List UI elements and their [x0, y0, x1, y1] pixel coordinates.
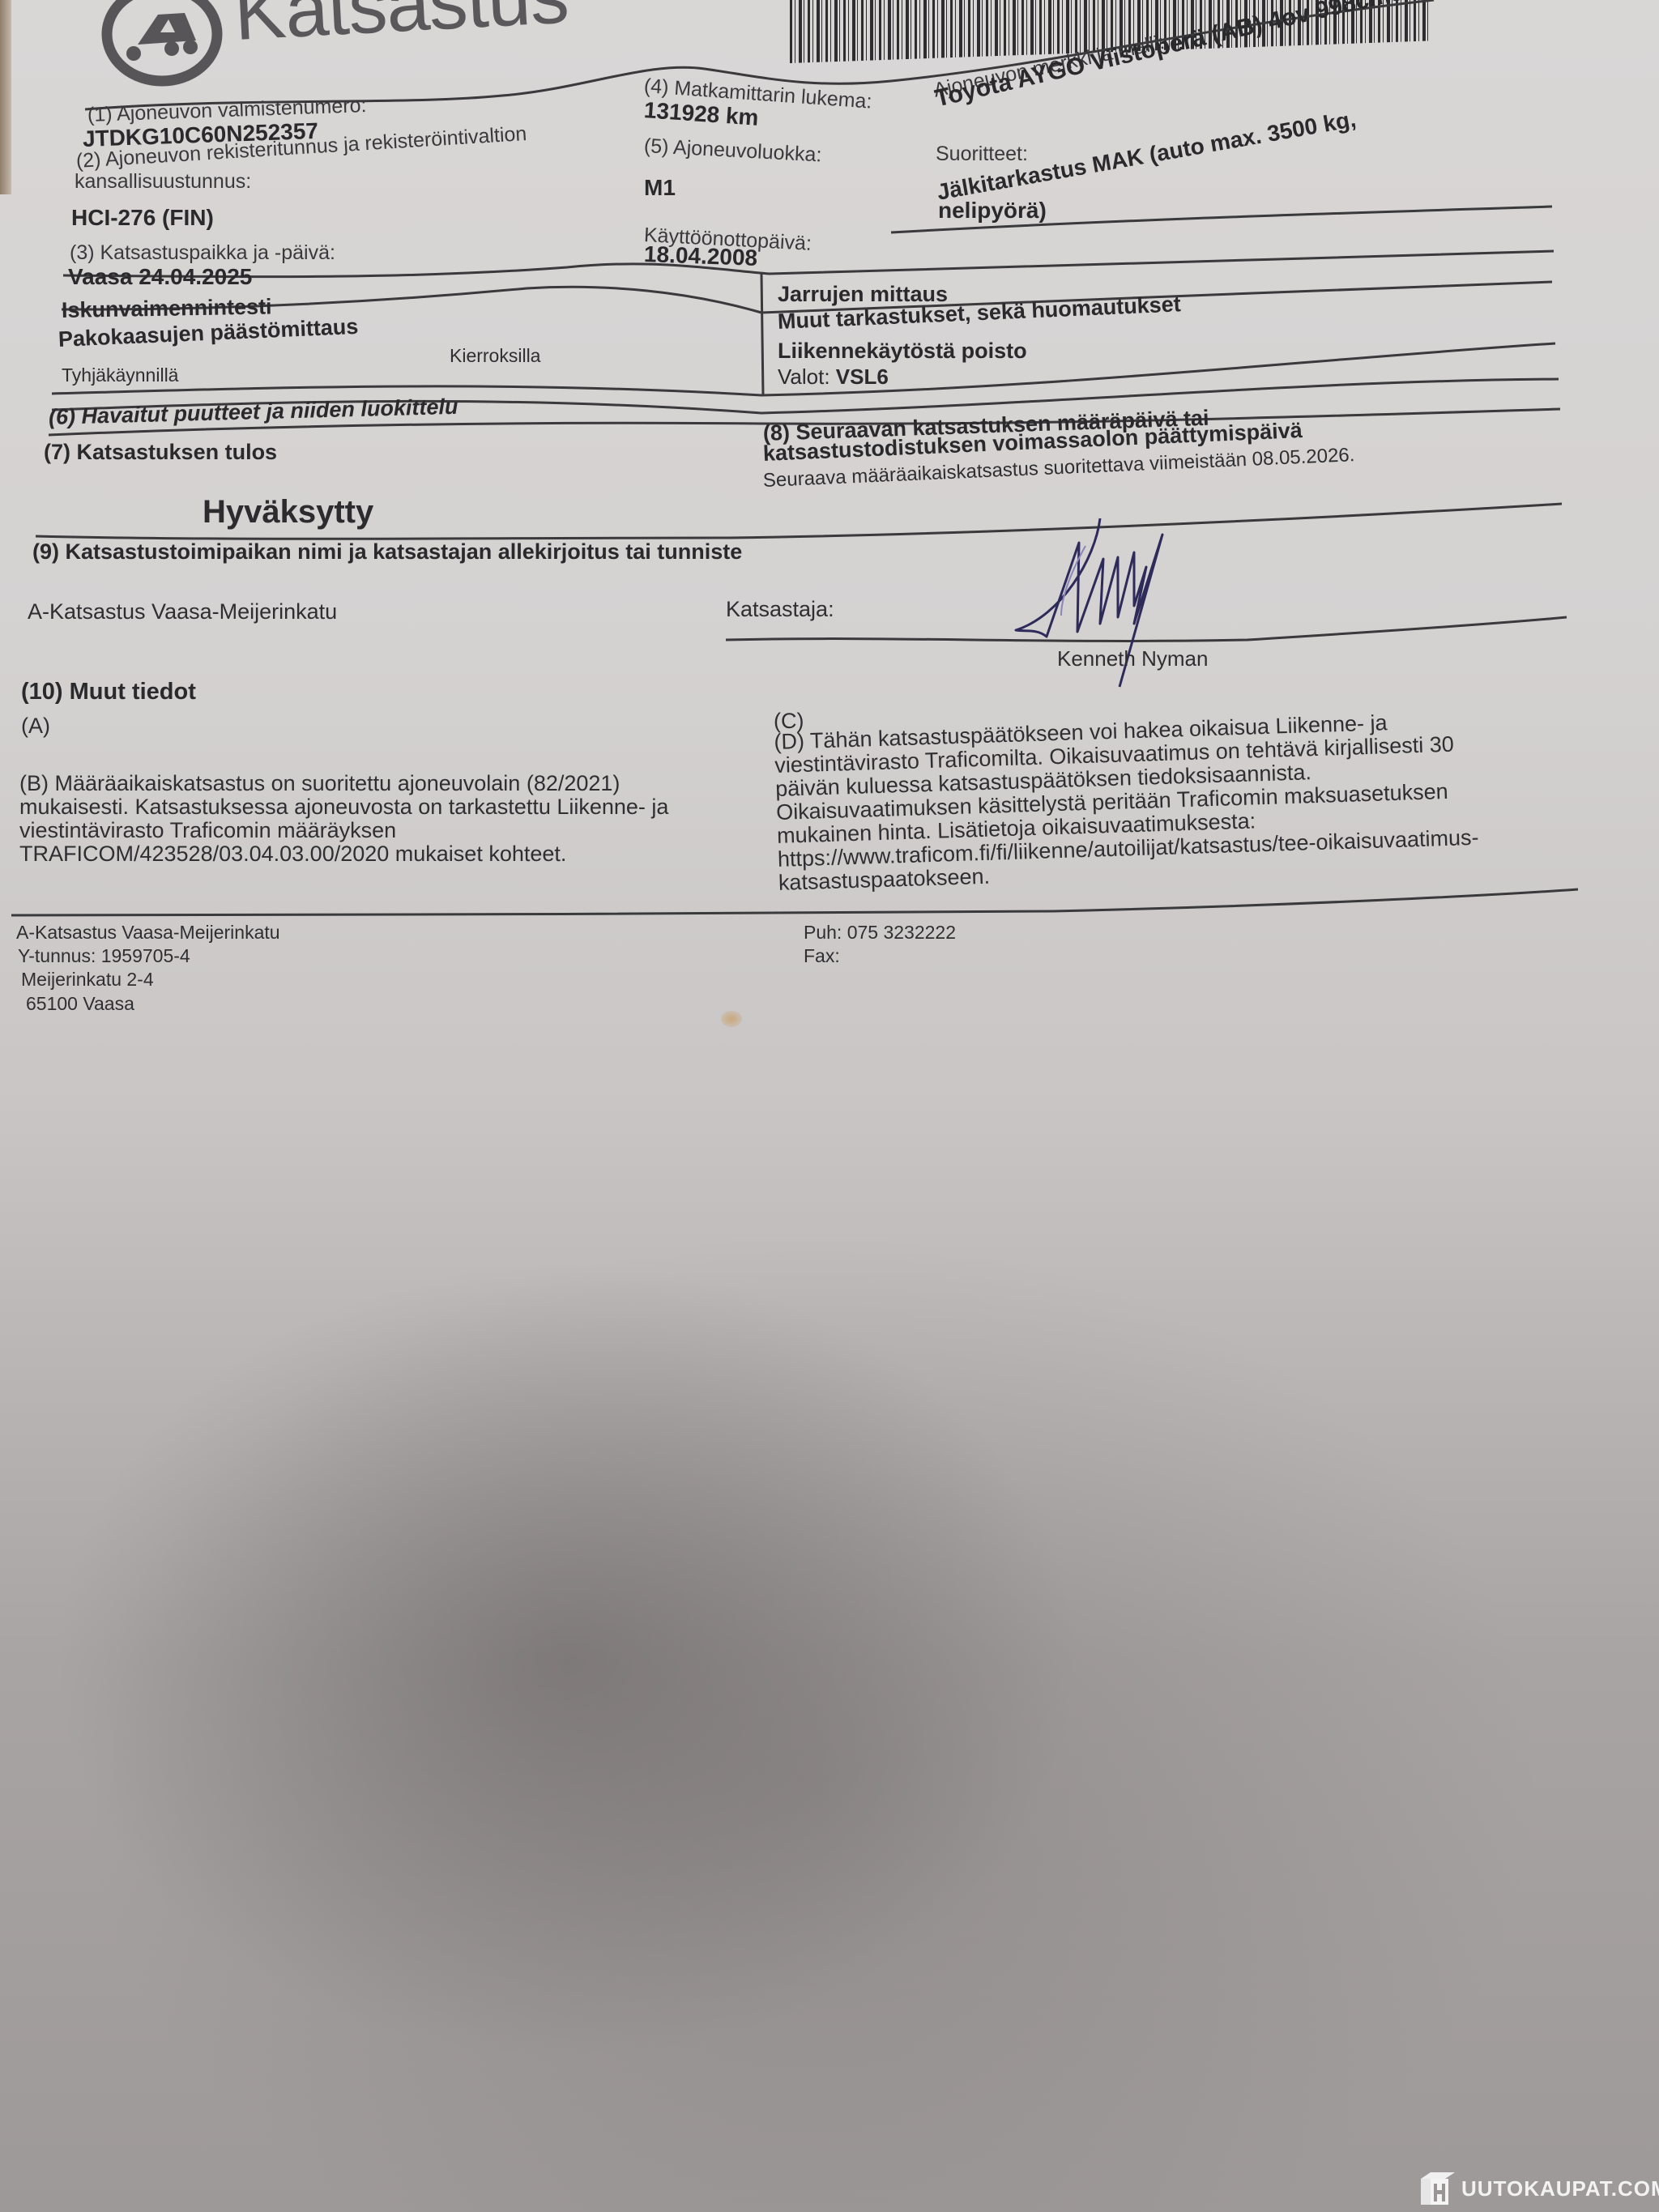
other-info-b-line: mukaisesti. Katsastuksessa ajoneuvosta o…: [19, 795, 668, 819]
lights-row: Valot: VSL6: [778, 364, 889, 390]
inspector-label: Katsastaja:: [726, 597, 834, 622]
other-info-b-line: viestintävirasto Traficomin määräyksen: [19, 819, 668, 842]
footer-phone: Puh: 075 3232222: [804, 922, 956, 944]
services-label: Suoritteet:: [936, 143, 1028, 166]
inspection-place-label: (3) Katsastuspaikka ja -päivä:: [70, 241, 335, 265]
watermark: UUTOKAUPAT.COM: [1419, 2171, 1659, 2206]
paper-stain: [721, 1011, 742, 1027]
vehicle-class-value: M1: [644, 175, 676, 201]
inspection-place-value: Vaasa 24.04.2025: [68, 264, 252, 290]
commissioning-date-value: 18.04.2008: [643, 241, 757, 271]
services-value-2: nelipyörä): [938, 198, 1047, 224]
result-title: (7) Katsastuksen tulos: [44, 440, 277, 465]
footer-street: Meijerinkatu 2-4: [21, 969, 154, 991]
registration-label-2: kansallisuustunnus:: [75, 170, 251, 194]
other-info-b-line: TRAFICOM/423528/03.04.03.00/2020 mukaise…: [19, 842, 668, 866]
other-info-b: (B) Määräaikaiskatsastus on suoritettu a…: [19, 772, 668, 866]
watermark-text: UUTOKAUPAT.COM: [1461, 2176, 1659, 2201]
other-info-title: (10) Muut tiedot: [21, 679, 196, 705]
station-name: A-Katsastus Vaasa-Meijerinkatu: [28, 599, 337, 624]
emission-rpm: Kierroksilla: [450, 345, 540, 367]
lights-label: Valot:: [778, 364, 830, 389]
footer-business-id: Y-tunnus: 1959705-4: [18, 945, 190, 967]
other-info-d: (D) Tähän katsastuspäätökseen voi hakea …: [774, 709, 1480, 895]
result-value: Hyväksytty: [203, 494, 373, 531]
footer-fax: Fax:: [804, 945, 840, 967]
other-info-a: (A): [21, 714, 50, 738]
huutokaupat-box-logo-icon: [1419, 2171, 1456, 2206]
signature-section-title: (9) Katsastustoimipaikan nimi ja katsast…: [32, 539, 742, 565]
emission-idle: Tyhjäkäynnillä: [62, 364, 178, 386]
footer-city: 65100 Vaasa: [26, 993, 134, 1015]
footer-company: A-Katsastus Vaasa-Meijerinkatu: [16, 922, 280, 944]
registration-value: HCI-276 (FIN): [71, 205, 214, 231]
other-info-b-line: (B) Määräaikaiskatsastus on suoritettu a…: [19, 772, 668, 795]
inspector-name: Kenneth Nyman: [1057, 646, 1208, 671]
other-checks-note: Liikennekäytöstä poisto: [778, 339, 1027, 364]
lights-value: VSL6: [836, 364, 889, 389]
